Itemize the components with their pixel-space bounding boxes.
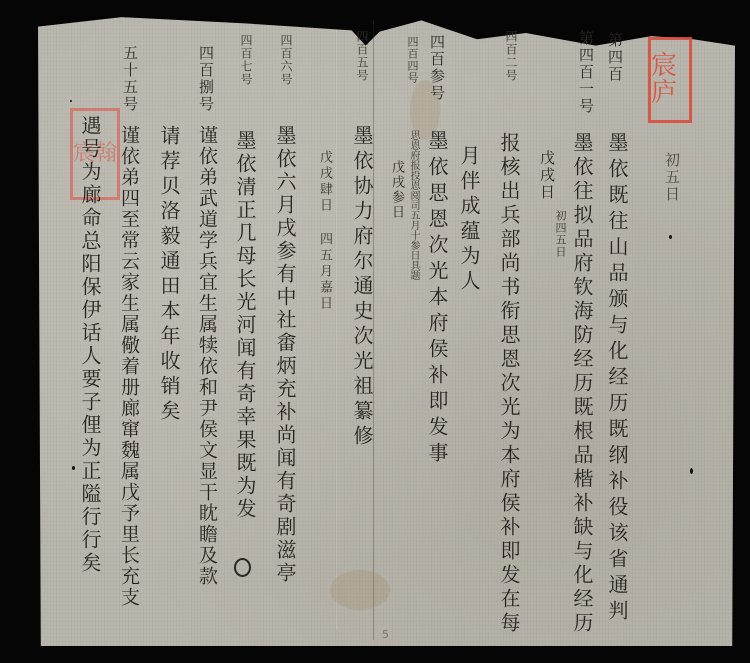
text-column: 墨依思恩次光本府侯补即发事: [427, 130, 447, 468]
text-column: 墨依既往山品颁与化经历既纲补役该省通判: [607, 132, 627, 626]
paper-crease: [336, 30, 337, 630]
text-column: 谨依弟武道学兵宜生属犊依和尹侯文显干眈瞻及款: [197, 125, 216, 587]
ink-speck: [669, 235, 672, 239]
text-column: 遇号为廊命总阳保伊话人要子俚为正隘行行矣: [80, 115, 100, 575]
annotation: 初四五日: [555, 210, 566, 258]
text-column: 谨依弟四至常云家生属儆着册廊窜魏属戊予里长充支: [119, 125, 138, 608]
column-header: 第四百一号: [578, 30, 593, 115]
annotation: 戊戌参日: [390, 160, 403, 220]
text-column: 墨依六月戌参有中社畬炳充补尚闻有奇剧滋亭: [275, 125, 295, 585]
column-header: 四百四号: [407, 36, 418, 84]
annotation: 戊戌肆日 四五月嘉日: [318, 150, 331, 312]
date-note: 初五日: [664, 152, 679, 203]
annotation: 思恩府报投恩阅司五月十参日具题: [408, 130, 418, 280]
column-header: 四百参号: [429, 34, 444, 102]
annotation: 戊戌日: [539, 150, 554, 201]
text-column: 请荐贝洛毅通田本年收销矣: [159, 125, 179, 425]
manuscript-paper: [38, 14, 735, 646]
column-header: 五十五号: [122, 45, 137, 113]
column-header: 四百二号: [505, 30, 517, 82]
ink-speck: [690, 468, 693, 474]
text-column: 月伴成蕴为人: [459, 145, 479, 295]
column-header: 四百捌号: [198, 45, 213, 113]
text-column: 墨依协力府尔通史次光祖纂修: [352, 125, 372, 450]
column-header: 四百五号: [356, 30, 368, 82]
text-column: 墨依清正几母长光河闻有奇幸果既为发: [235, 130, 255, 521]
ink-speck: [70, 100, 72, 102]
column-header: 第四百: [607, 32, 622, 83]
column-header: 四百七号: [240, 34, 252, 86]
circle-mark: [234, 558, 251, 577]
text-column: 墨依往拟品府钦海防经历既根品楷补缺与化经历: [572, 132, 592, 636]
page-number: 5: [382, 628, 389, 641]
paper-stain: [330, 570, 390, 610]
column-header: 四百六号: [280, 34, 292, 86]
ink-speck: [72, 466, 75, 470]
text-column: 报核出兵部尚书衔思恩次光为本府侯补即发在每: [499, 132, 519, 636]
red-seal-top-right: 宸庐: [648, 37, 692, 123]
